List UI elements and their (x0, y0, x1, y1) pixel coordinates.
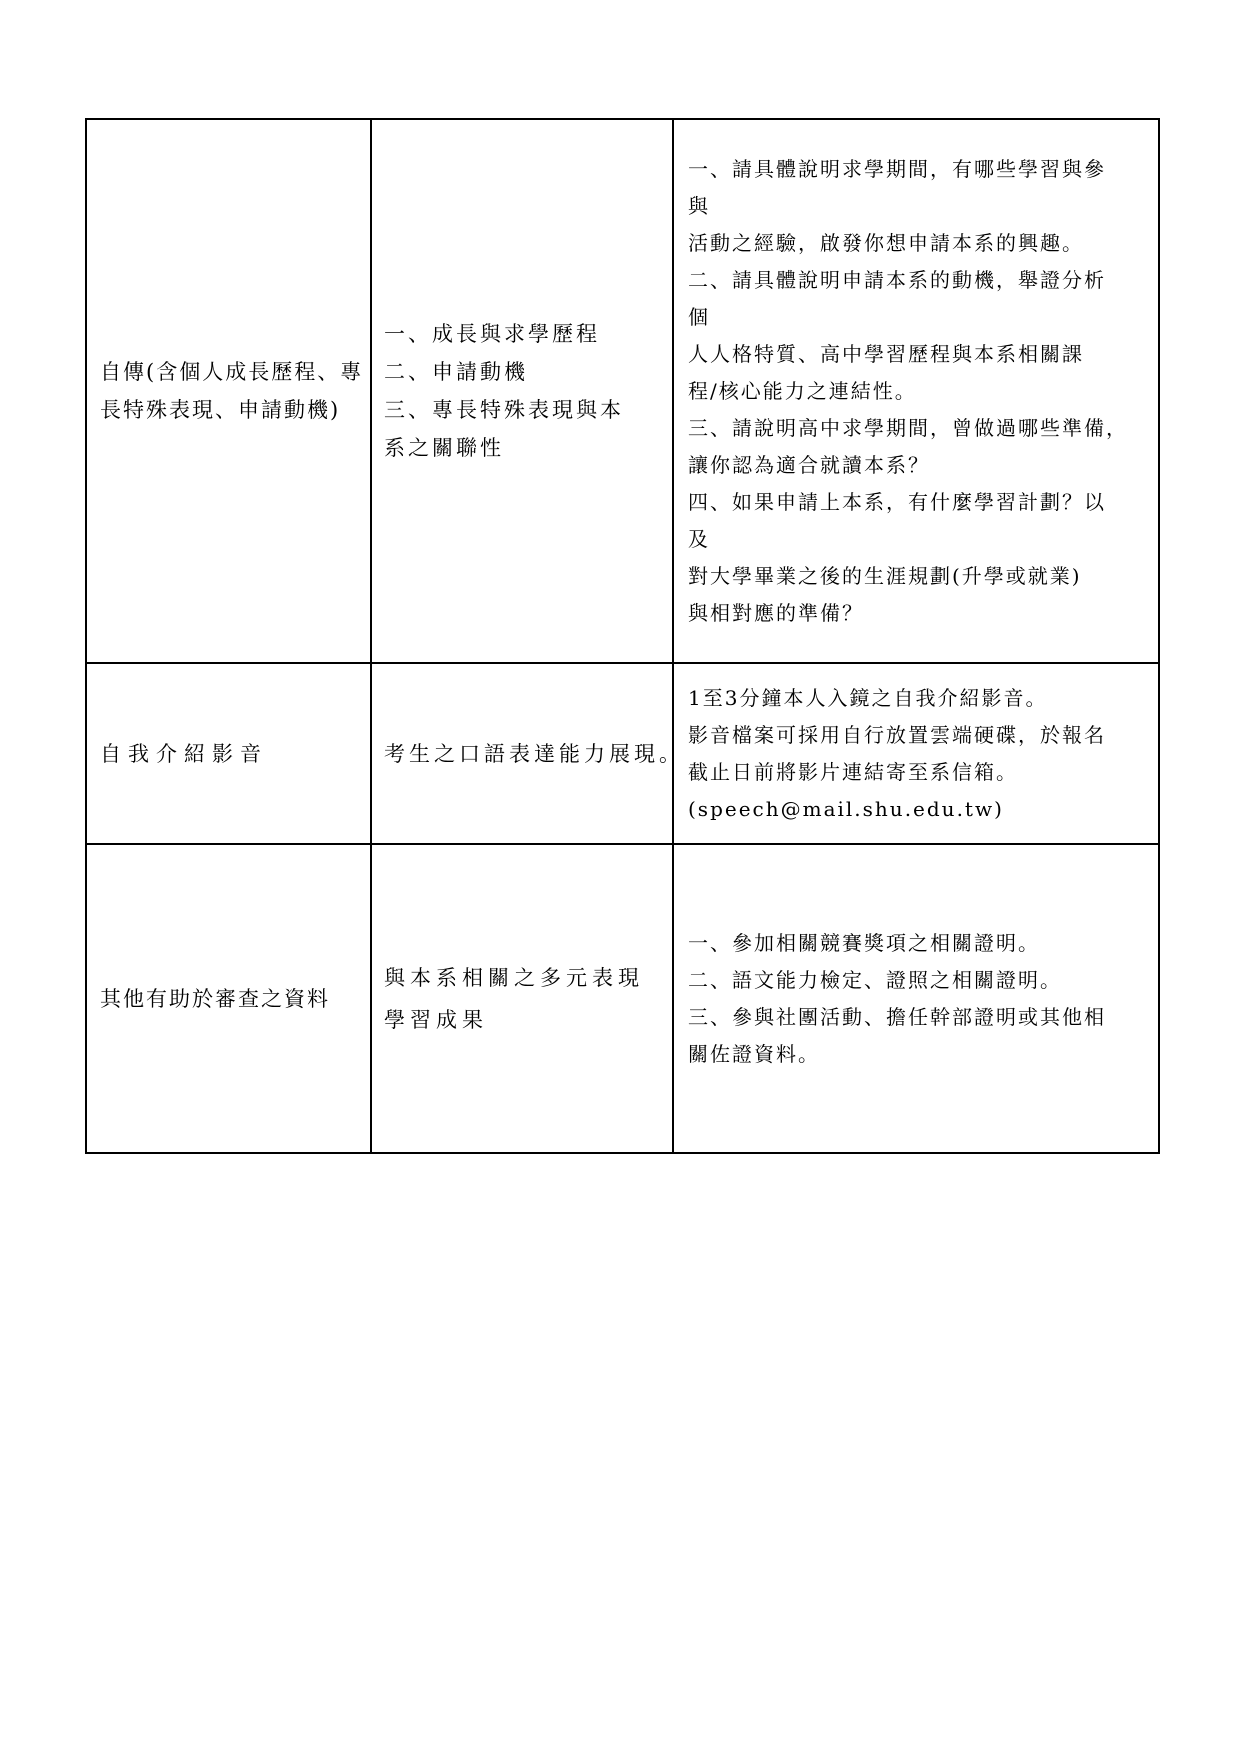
item-cell-other-materials: 其他有助於審查之資料 (86, 844, 371, 1153)
table-row-other-materials: 其他有助於審查之資料 與本系相關之多元表現 學習成果 一、參加相關競賽獎項之相關… (86, 844, 1159, 1153)
content-cell-self-intro-video: 考生之口語表達能力展現。 (371, 663, 673, 844)
review-materials-table: 自傳(含個人成長歷程、專 長特殊表現、申請動機) 一、成長與求學歷程 二、申請動… (85, 118, 1160, 1154)
content-cell-autobiography: 一、成長與求學歷程 二、申請動機 三、專長特殊表現與本 系之關聯性 (371, 119, 673, 663)
item-text: 其他有助於審查之資料 (87, 980, 370, 1018)
note-cell-other-materials: 一、參加相關競賽獎項之相關證明。 二、語文能力檢定、證照之相關證明。 三、參與社… (673, 844, 1159, 1153)
item-text: 自我介紹影音 (87, 735, 370, 773)
table-row-autobiography: 自傳(含個人成長歷程、專 長特殊表現、申請動機) 一、成長與求學歷程 二、申請動… (86, 119, 1159, 663)
item-text: 自傳(含個人成長歷程、專 長特殊表現、申請動機) (87, 353, 370, 429)
note-text: 一、請具體說明求學期間，有哪些學習與參 與 活動之經驗，啟發你想申請本系的興趣。… (674, 151, 1158, 632)
item-cell-autobiography: 自傳(含個人成長歷程、專 長特殊表現、申請動機) (86, 119, 371, 663)
table-row-self-intro-video: 自我介紹影音 考生之口語表達能力展現。 1至3分鐘本人入鏡之自我介紹影音。 影音… (86, 663, 1159, 844)
content-text: 一、成長與求學歷程 二、申請動機 三、專長特殊表現與本 系之關聯性 (372, 315, 672, 467)
content-text: 與本系相關之多元表現 學習成果 (372, 957, 672, 1041)
content-cell-other-materials: 與本系相關之多元表現 學習成果 (371, 844, 673, 1153)
note-text: 一、參加相關競賽獎項之相關證明。 二、語文能力檢定、證照之相關證明。 三、參與社… (674, 925, 1158, 1073)
item-cell-self-intro-video: 自我介紹影音 (86, 663, 371, 844)
content-text: 考生之口語表達能力展現。 (372, 735, 672, 773)
document-page: 自傳(含個人成長歷程、專 長特殊表現、申請動機) 一、成長與求學歷程 二、申請動… (0, 0, 1241, 1755)
note-cell-self-intro-video: 1至3分鐘本人入鏡之自我介紹影音。 影音檔案可採用自行放置雲端硬碟，於報名 截止… (673, 663, 1159, 844)
note-cell-autobiography: 一、請具體說明求學期間，有哪些學習與參 與 活動之經驗，啟發你想申請本系的興趣。… (673, 119, 1159, 663)
note-text: 1至3分鐘本人入鏡之自我介紹影音。 影音檔案可採用自行放置雲端硬碟，於報名 截止… (674, 680, 1158, 828)
